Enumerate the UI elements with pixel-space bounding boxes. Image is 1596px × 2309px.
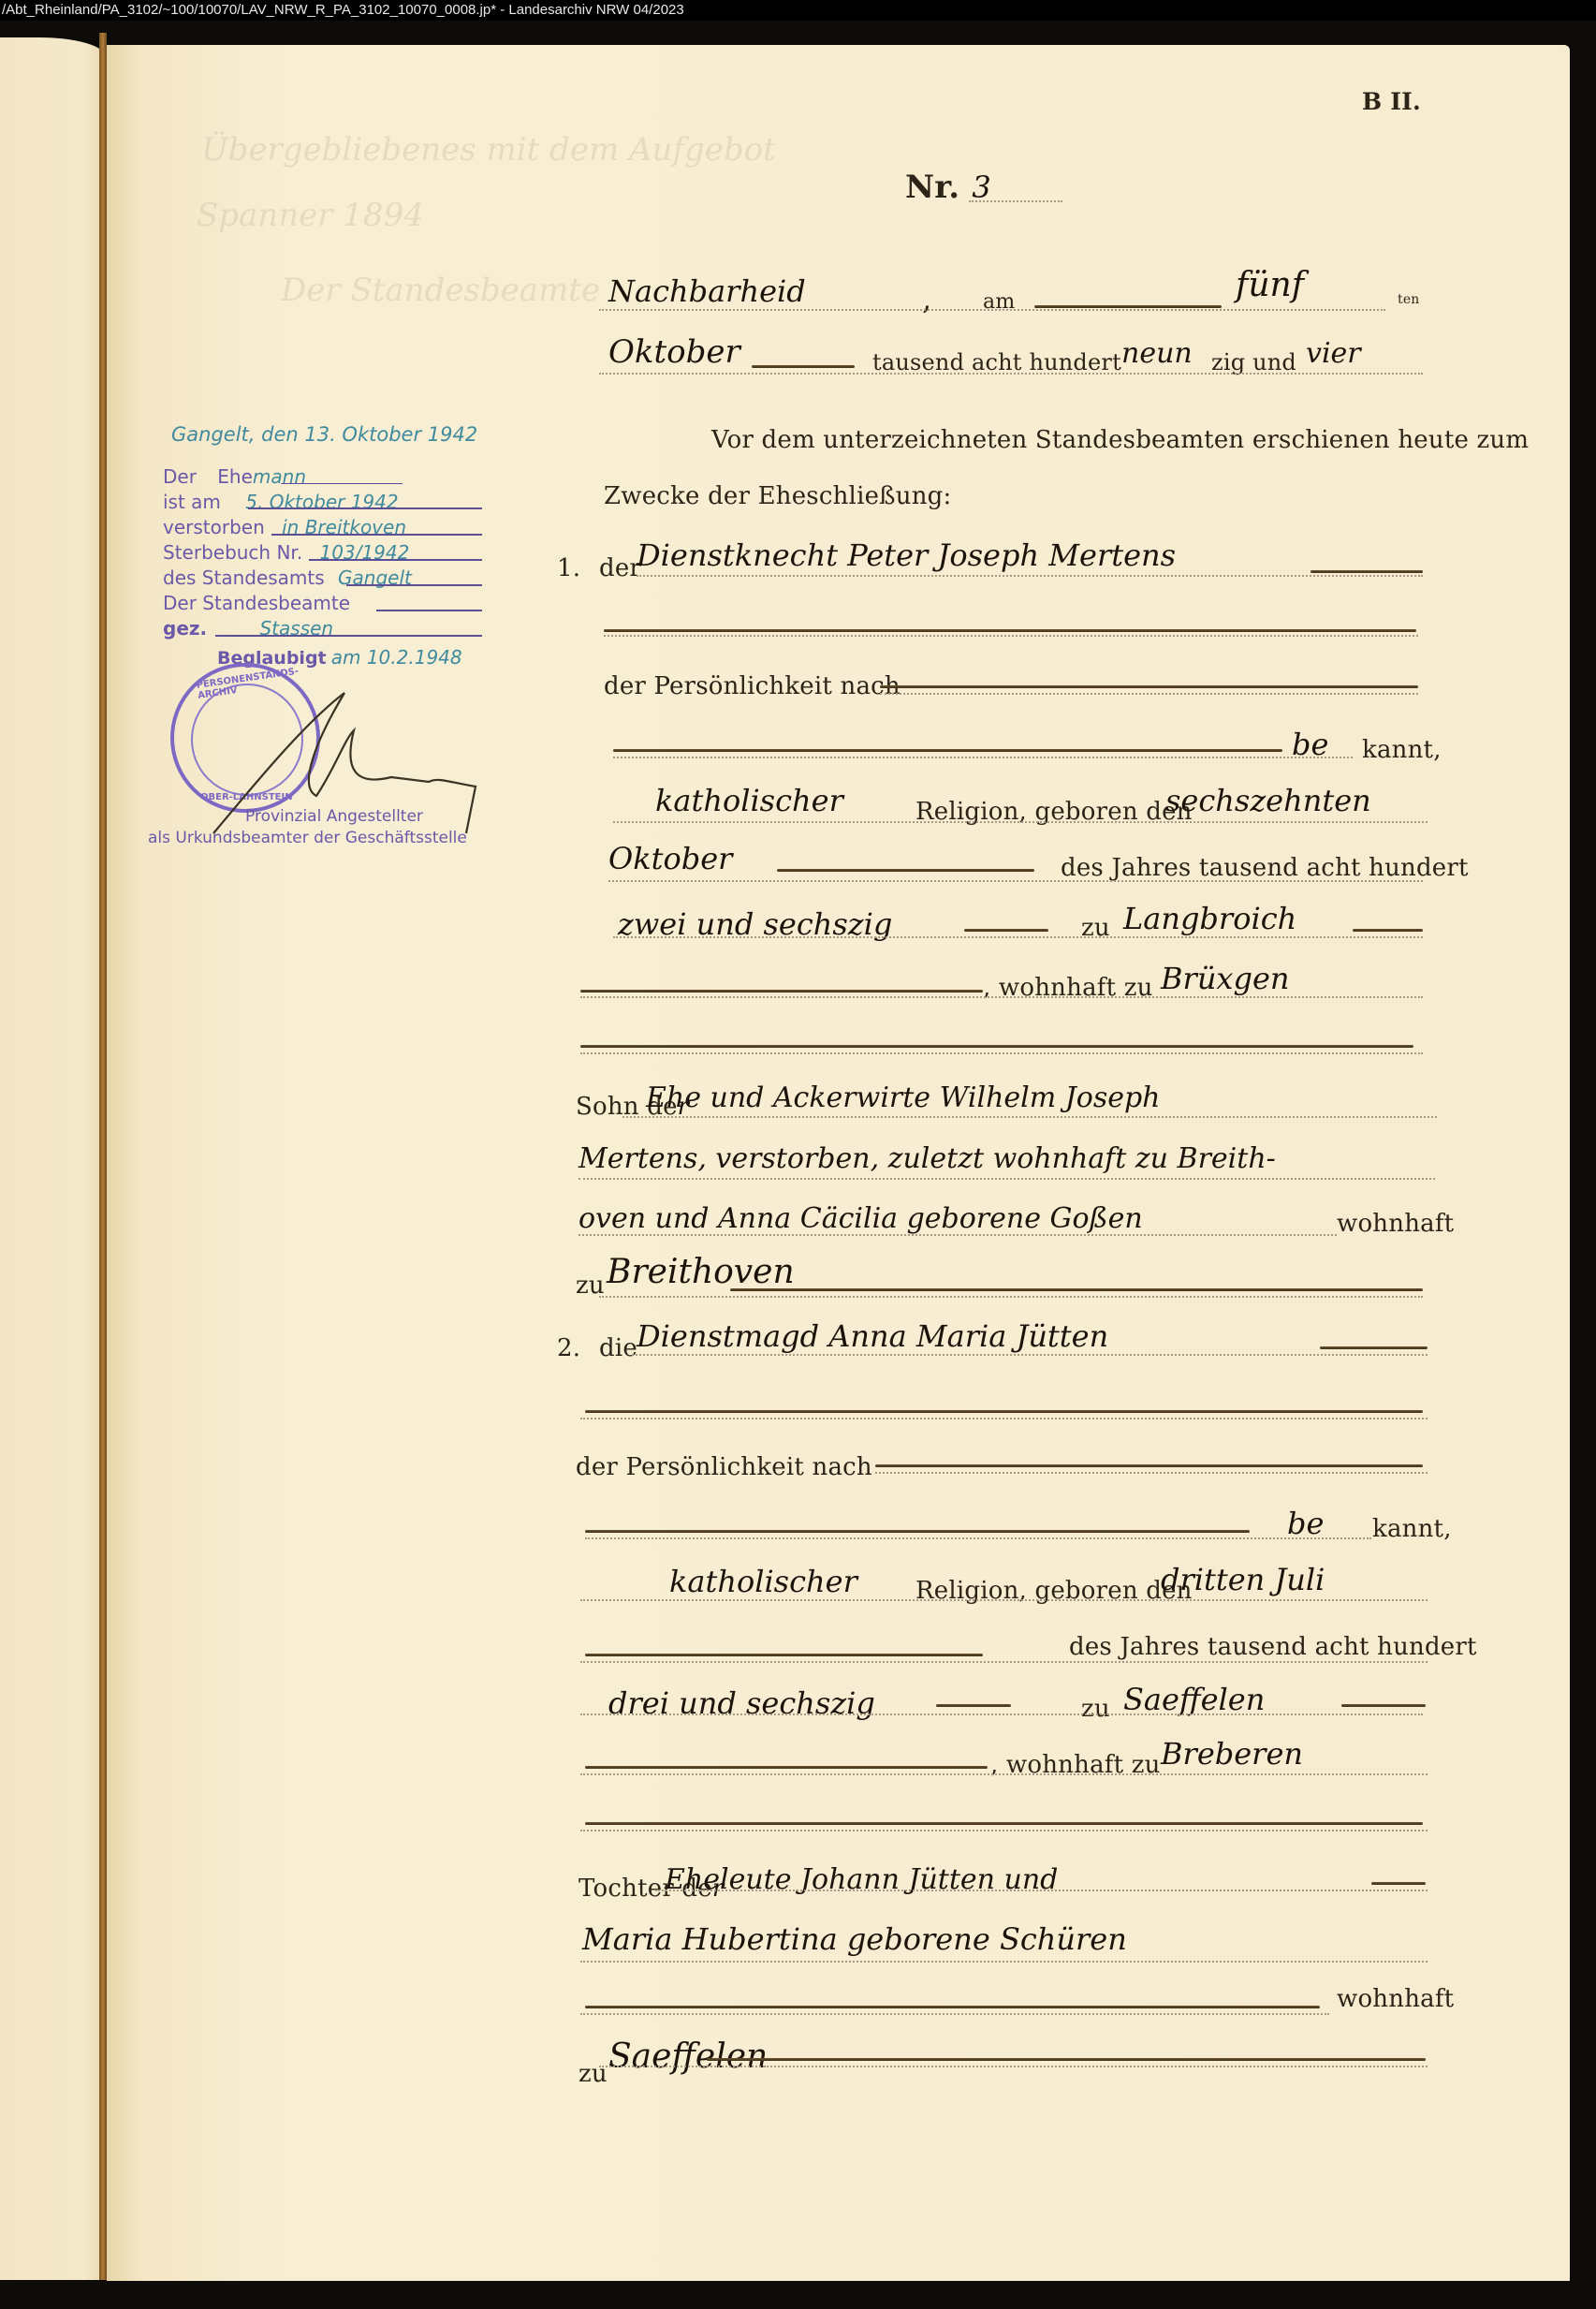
groom-birth-month: Oktober <box>608 841 732 876</box>
bride-year-label: des Jahres tausend acht hundert <box>1069 1633 1477 1661</box>
stamp-rule <box>346 584 482 586</box>
rule <box>585 1654 983 1656</box>
bleedthrough-line-3: Der Standesbeamte <box>281 272 600 309</box>
stamp-label: verstorben <box>163 516 265 538</box>
groom-name: Dienstknecht Peter Joseph Mertens <box>637 537 1176 573</box>
stamp-label: gez. <box>163 617 207 640</box>
rule <box>580 1045 1413 1048</box>
bleedthrough-line-2: Spanner 1894 <box>197 197 424 234</box>
groom-year-label: des Jahres tausend acht hundert <box>1061 854 1469 882</box>
groom-residence: Brüxgen <box>1161 961 1290 996</box>
rule <box>936 1704 1011 1707</box>
dotted-line <box>875 1472 1428 1474</box>
rule <box>875 1464 1423 1467</box>
dotted-line <box>604 635 1418 637</box>
bride-number: 2. <box>557 1334 580 1362</box>
dotted-line <box>632 1354 1428 1356</box>
dotted-line <box>580 1418 1428 1419</box>
stamp-label: des Standesamts <box>163 566 325 589</box>
stamp-value: mann <box>253 465 306 488</box>
dotted-line <box>578 1178 1435 1180</box>
intro-line-1: Vor dem unterzeichneten Standesbeamten e… <box>711 426 1529 454</box>
record-number-label: Nr. <box>905 169 959 206</box>
certified-date: am 10.2.1948 <box>331 646 462 669</box>
rule <box>585 1530 1250 1533</box>
marriage-month: Oktober <box>608 333 740 371</box>
rule <box>1310 570 1423 573</box>
dotted-line <box>613 936 1423 938</box>
bride-article: die <box>599 1334 637 1362</box>
dotted-line <box>599 373 1423 375</box>
bride-parents-line-2: Maria Hubertina geborene Schüren <box>582 1921 1127 1957</box>
rule <box>752 365 855 368</box>
bride-name: Dienstmagd Anna Maria Jütten <box>637 1318 1108 1354</box>
record-number-dots <box>969 200 1062 202</box>
stamp-rule <box>309 559 482 561</box>
intro-line-2: Zwecke der Eheschließung: <box>604 482 951 510</box>
bride-parents-residence-prefix: zu <box>578 2060 608 2088</box>
rule <box>585 1410 1423 1413</box>
day-suffix: ten <box>1398 292 1420 307</box>
groom-known-suffix: kannt, <box>1362 736 1442 764</box>
groom-number: 1. <box>557 554 580 582</box>
bride-parents-residence-label: wohnhaft <box>1337 1985 1454 2013</box>
dotted-line <box>613 821 1428 823</box>
rule <box>604 629 1416 632</box>
groom-parents-line-1: Ehe und Ackerwirte Wilhelm Joseph <box>646 1081 1161 1114</box>
official-title-line-1: Provinzial Angestellter <box>245 807 423 826</box>
dotted-line <box>580 1961 1428 1963</box>
comma: , <box>922 281 931 316</box>
groom-parents-residence-label: wohnhaft <box>1337 1210 1454 1238</box>
bride-residence: Breberen <box>1161 1736 1303 1772</box>
groom-article: der <box>599 554 641 582</box>
dotted-line <box>608 880 1423 882</box>
dotted-line <box>655 1890 1428 1891</box>
bride-parents-residence: Saeffelen <box>608 2037 768 2076</box>
year-unit: vier <box>1306 337 1361 370</box>
dotted-line <box>599 309 1385 311</box>
dotted-line <box>622 1116 1437 1118</box>
rule <box>585 2006 1320 2008</box>
stamp-label: ist am <box>163 491 221 513</box>
dotted-line <box>880 693 1418 695</box>
dotted-line <box>599 2066 1428 2067</box>
dotted-line <box>613 757 1353 758</box>
stamp-rule <box>248 507 482 509</box>
stamp-line-2: ist am 5. Oktober 1942 <box>163 491 399 513</box>
rule <box>1034 305 1222 308</box>
book-gutter <box>99 33 107 2280</box>
rule <box>964 929 1048 932</box>
rule <box>580 990 983 993</box>
bride-birth-place-label: zu <box>1081 1695 1110 1723</box>
dotted-line <box>580 1773 1428 1775</box>
rule <box>730 1288 1423 1291</box>
dotted-line <box>578 1234 1337 1236</box>
stamp-rule <box>376 610 482 611</box>
dotted-line <box>580 996 1423 998</box>
window-title: /Abt_Rheinland/PA_3102/~100/10070/LAV_NR… <box>0 0 1596 21</box>
dotted-line <box>580 1599 1428 1601</box>
bride-identity-label: der Persönlichkeit nach <box>576 1453 872 1481</box>
section-mark: B II. <box>1362 88 1421 115</box>
stamp-rule <box>271 534 482 536</box>
bleedthrough-line-1: Übergebliebenes mit dem Aufgebot <box>201 131 776 169</box>
dotted-line <box>585 1537 1371 1539</box>
marriage-place: Nachbarheid <box>608 273 806 309</box>
groom-identity-label: der Persönlichkeit nach <box>604 672 900 700</box>
stamp-label: Ehe <box>217 465 253 488</box>
stamp-rule <box>215 635 482 637</box>
rule <box>585 1766 988 1769</box>
dotted-line <box>637 575 1423 577</box>
rule <box>707 2058 1426 2061</box>
dotted-line <box>580 1661 1428 1663</box>
rule <box>777 869 1034 872</box>
official-title-line-2: als Urkundsbeamter der Geschäftsstelle <box>148 829 467 847</box>
rule <box>1371 1882 1426 1885</box>
zig-und-label: zig und <box>1211 349 1296 375</box>
bride-religion: katholischer <box>669 1564 857 1599</box>
rule <box>585 1822 1423 1825</box>
marriage-day: fünf <box>1236 266 1304 304</box>
rule <box>1320 1346 1428 1349</box>
stamp-label: Der <box>163 465 197 488</box>
groom-parents-residence: Breithoven <box>607 1253 795 1291</box>
bride-birth-year: drei und sechszig <box>608 1685 875 1721</box>
dotted-line <box>599 1296 1423 1298</box>
rule <box>1353 929 1423 932</box>
rule <box>880 685 1418 688</box>
dotted-line <box>580 1713 1423 1715</box>
bride-known-suffix: kannt, <box>1372 1515 1452 1543</box>
stamp-line-1: Der Ehemann <box>163 465 306 488</box>
bride-birth-day-month: dritten Juli <box>1161 1562 1325 1597</box>
bride-birth-place: Saeffelen <box>1123 1682 1265 1717</box>
stamp-place-date: Gangelt, den 13. Oktober 1942 <box>171 423 477 446</box>
groom-religion: katholischer <box>655 783 843 818</box>
dotted-line <box>580 1830 1428 1831</box>
rule <box>1341 1704 1426 1707</box>
stamp-line-6: Der Standesbeamte <box>163 592 350 614</box>
groom-parents-line-2: Mertens, verstorben, zuletzt wohnhaft zu… <box>578 1142 1276 1175</box>
stamp-value: 5. Oktober 1942 <box>245 491 398 513</box>
rule <box>613 749 1282 752</box>
dotted-line <box>580 2013 1329 2015</box>
groom-birth-place: Langbroich <box>1123 901 1296 936</box>
bride-known: be <box>1287 1506 1324 1541</box>
stamp-rule <box>281 483 403 484</box>
dotted-line <box>580 1052 1423 1054</box>
left-page <box>0 37 105 2280</box>
stamp-label: Sterbebuch Nr. <box>163 541 302 564</box>
groom-parents-line-3: oven und Anna Cäcilia geborene Goßen <box>578 1202 1143 1235</box>
groom-birth-day: sechszehnten <box>1165 783 1371 818</box>
year-prefix-label: tausend acht hundert <box>872 349 1121 375</box>
year-decade: neun <box>1121 337 1193 370</box>
